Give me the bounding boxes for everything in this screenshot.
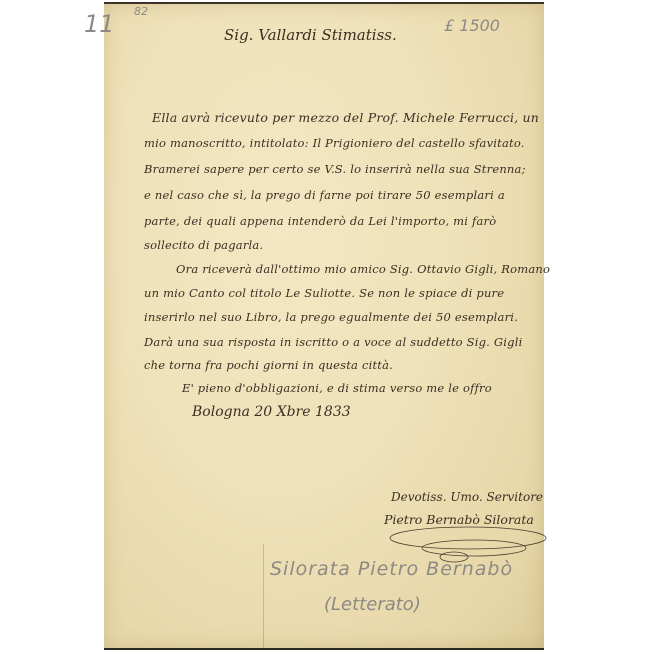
letter-page: 11 82 £ 1500 Sig. Vallardi Stimatiss. El…	[104, 2, 544, 650]
archive-number: 11	[84, 10, 115, 38]
pencil-attribution-name: Silorata Pietro Bernabò	[270, 558, 513, 580]
body-line: inserirlo nel suo Libro, la prego egualm…	[144, 310, 518, 324]
body-line: Ella avrà ricevuto per mezzo del Prof. M…	[152, 110, 539, 125]
body-line: parte, dei quali appena intenderò da Lei…	[144, 214, 496, 228]
body-line: un mio Canto col titolo Le Suliotte. Se …	[144, 286, 504, 300]
body-line: e nel caso che sì, la prego di farne poi…	[144, 188, 505, 202]
archive-superscript: 82	[134, 5, 148, 18]
body-line: E' pieno d'obbligazioni, e di stima vers…	[182, 381, 492, 395]
body-line: che torna fra pochi giorni in questa cit…	[144, 358, 393, 372]
paper-fold	[263, 544, 264, 648]
body-line: Bramerei sapere per certo se V.S. lo ins…	[144, 162, 526, 176]
pencil-attribution-role: (Letterato)	[324, 594, 421, 615]
price-annotation: £ 1500	[444, 16, 500, 35]
place-date: Bologna 20 Xbre 1833	[192, 404, 351, 420]
body-line: Darà una sua risposta in iscritto o a vo…	[144, 335, 522, 349]
body-line: mio manoscritto, intitolato: Il Prigioni…	[144, 136, 525, 150]
salutation: Sig. Vallardi Stimatiss.	[224, 26, 397, 44]
closing-line: Devotiss. Umo. Servitore	[391, 490, 543, 504]
body-line: sollecito di pagarla.	[144, 238, 263, 252]
body-line: Ora riceverà dall'ottimo mio amico Sig. …	[176, 262, 550, 276]
